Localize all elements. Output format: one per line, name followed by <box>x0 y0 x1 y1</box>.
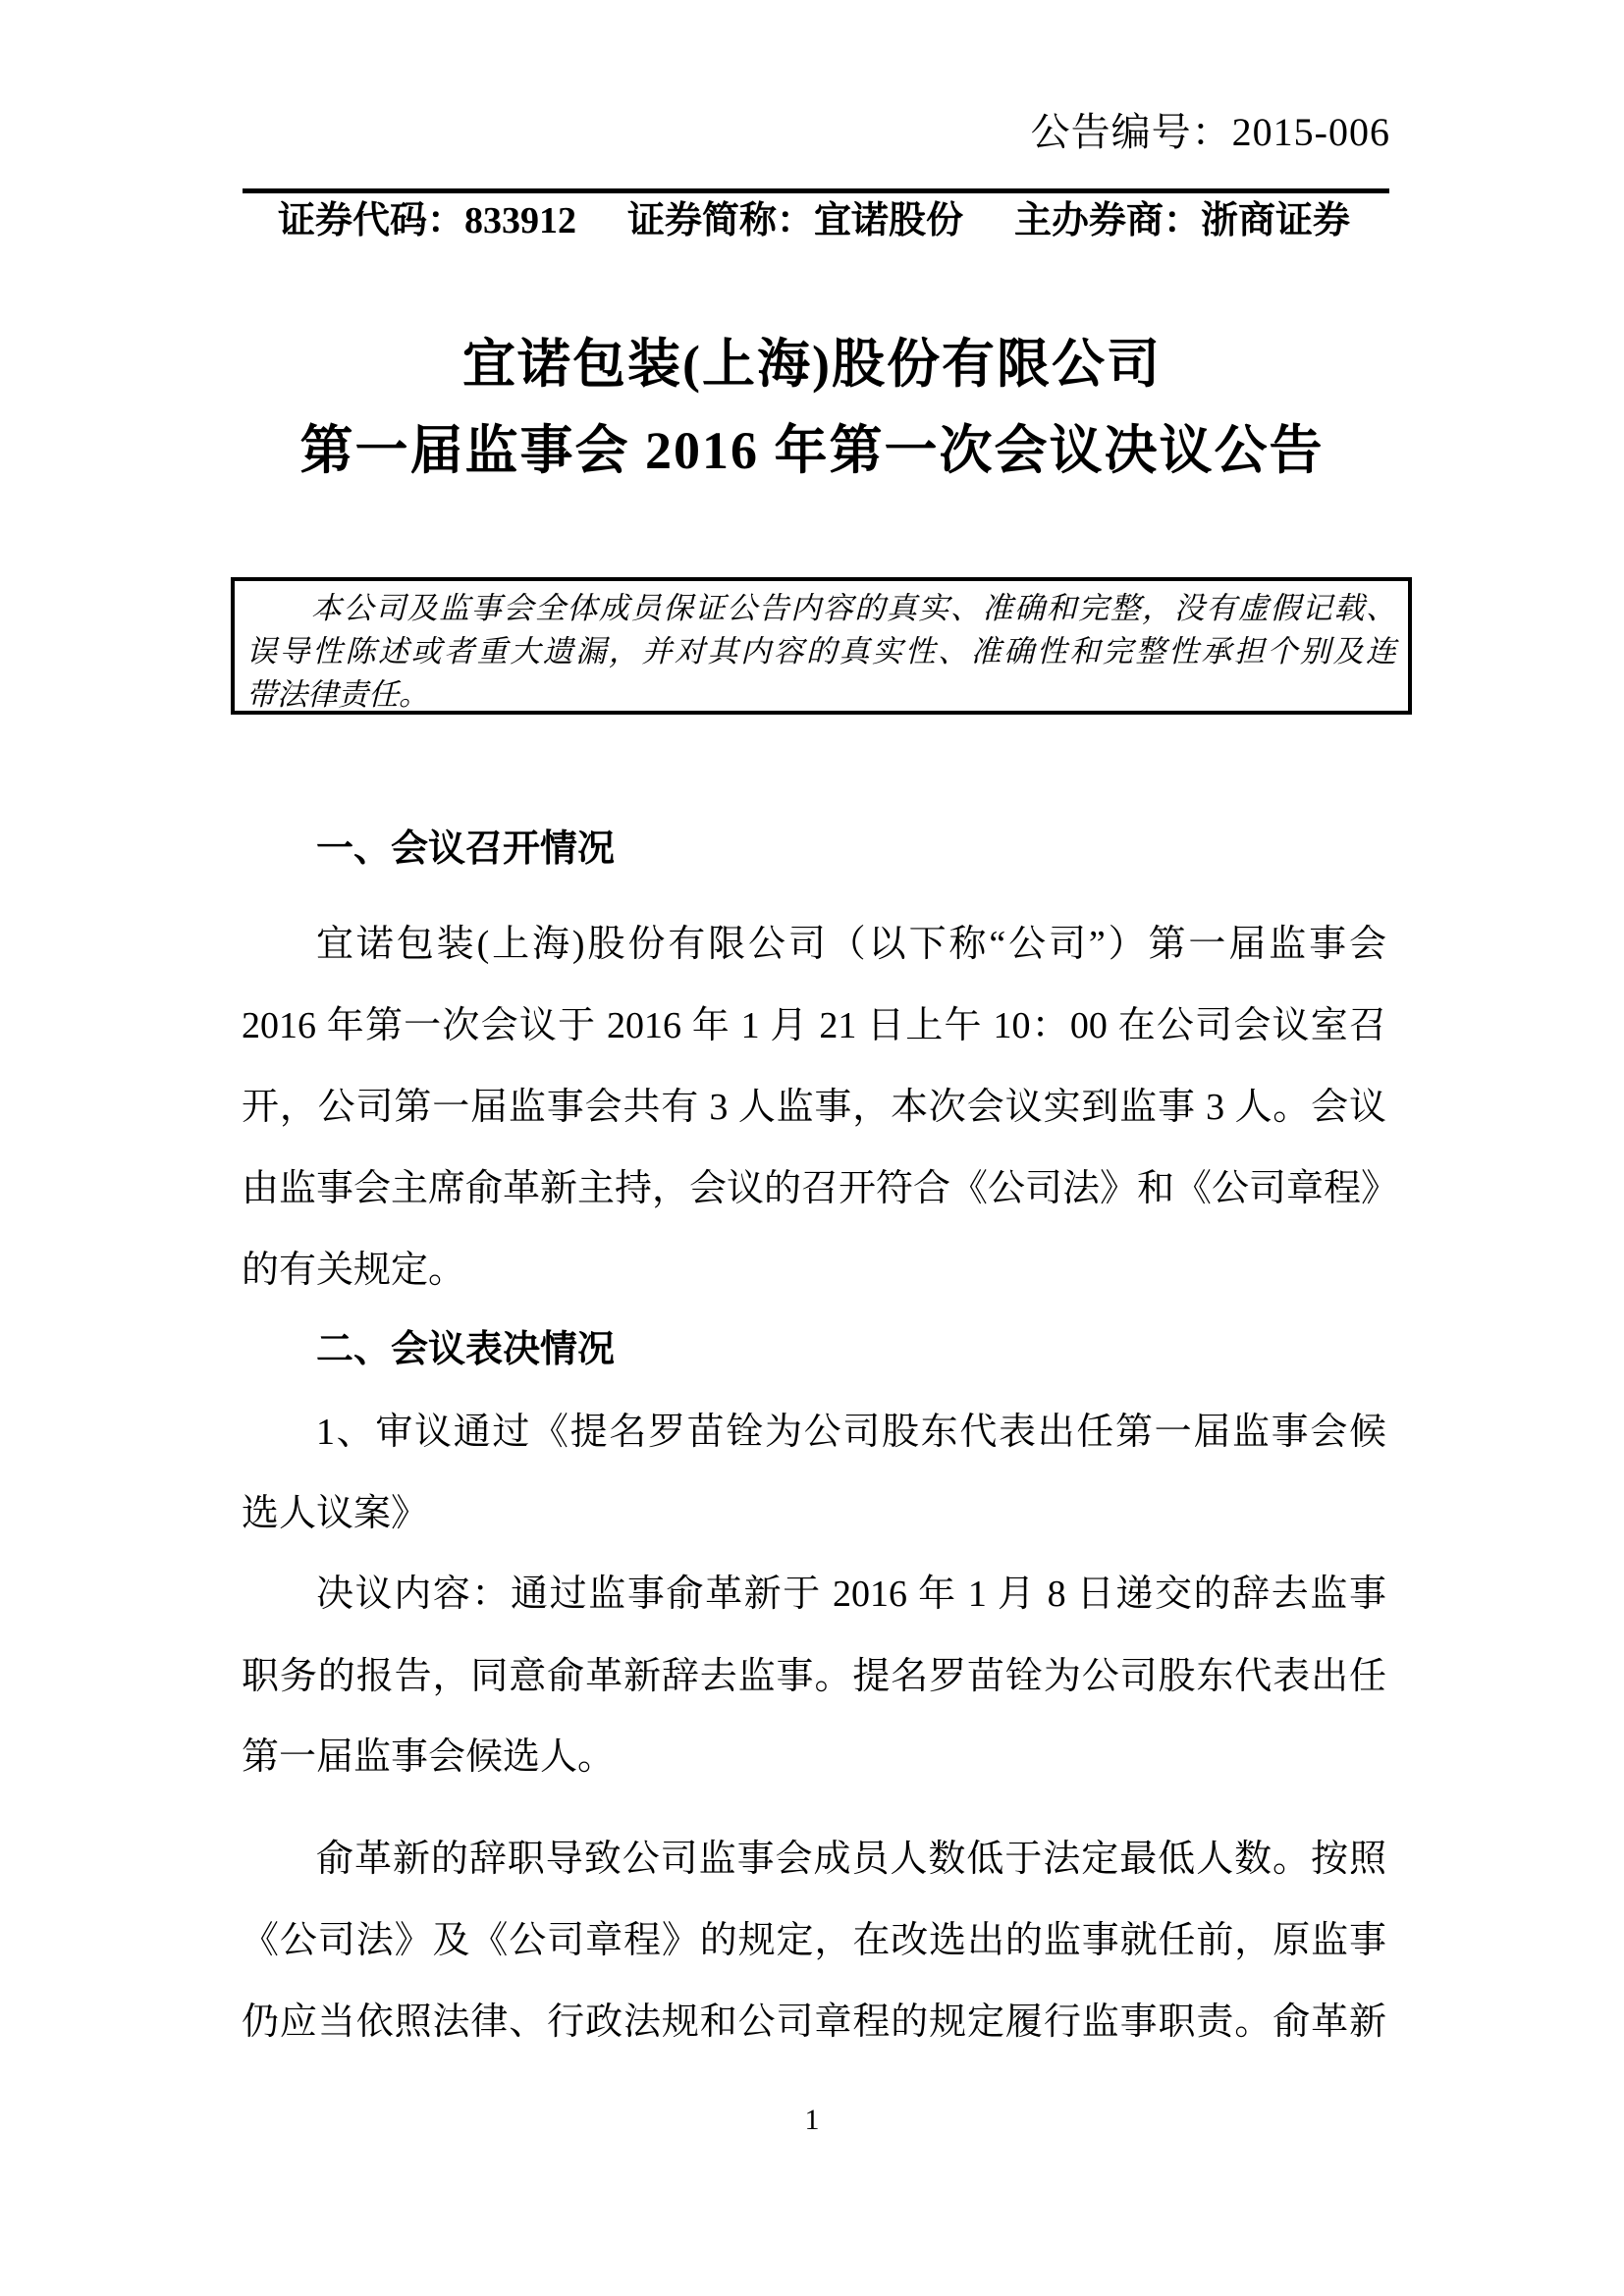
body-line: 开，公司第一届监事会共有 3 人监事，本次会议实到监事 3 人。会议 <box>242 1083 1386 1132</box>
body-line: 1、审议通过《提名罗苗铨为公司股东代表出任第一届监事会候 <box>242 1408 1386 1457</box>
body-line: 仍应当依照法律、行政法规和公司章程的规定履行监事职责。俞革新 <box>242 1998 1386 2047</box>
disclaimer-line: 带法律责任。 <box>246 673 1396 717</box>
body-line: 职务的报告，同意俞革新辞去监事。提名罗苗铨为公司股东代表出任 <box>242 1652 1386 1701</box>
securities-code-label: 证券代码： <box>278 200 464 241</box>
page-number: 1 <box>0 2103 1624 2138</box>
body-line: 2016 年第一次会议于 2016 年 1 月 21 日上午 10：00 在公司… <box>242 1001 1386 1050</box>
sponsor-broker-value: 浙商证券 <box>1201 200 1350 241</box>
document-title-company: 宜诺包装(上海)股份有限公司 <box>0 332 1624 397</box>
document-page: 公告编号：2015-006 证券代码：833912 证券简称：宜诺股份 主办券商… <box>0 0 1624 2296</box>
disclaimer-box: 本公司及监事会全体成员保证公告内容的真实、准确和完整，没有虚假记载、 误导性陈述… <box>231 577 1412 715</box>
disclaimer-line: 本公司及监事会全体成员保证公告内容的真实、准确和完整，没有虚假记载、 <box>246 587 1396 630</box>
document-title-meeting: 第一届监事会 2016 年第一次会议决议公告 <box>0 418 1624 483</box>
body-line: 的有关规定。 <box>242 1246 1386 1295</box>
sponsor-broker: 主办券商：浙商证券 <box>1014 198 1350 243</box>
announcement-number: 公告编号：2015-006 <box>1031 110 1390 155</box>
securities-short-name-label: 证券简称： <box>627 200 814 241</box>
body-line: 选人议案》 <box>242 1489 1386 1538</box>
disclaimer-line: 误导性陈述或者重大遗漏，并对其内容的真实性、准确性和完整性承担个别及连 <box>246 630 1396 673</box>
body-line: 宜诺包装(上海)股份有限公司（以下称“公司”）第一届监事会 <box>242 920 1386 969</box>
body-line: 俞革新的辞职导致公司监事会成员人数低于法定最低人数。按照 <box>242 1835 1386 1884</box>
securities-code-value: 833912 <box>464 200 576 241</box>
body-line: 由监事会主席俞革新主持，会议的召开符合《公司法》和《公司章程》 <box>242 1164 1386 1213</box>
section-heading-2: 二、会议表决情况 <box>242 1325 1386 1374</box>
body-line: 第一届监事会候选人。 <box>242 1733 1386 1782</box>
body-line: 决议内容：通过监事俞革新于 2016 年 1 月 8 日递交的辞去监事 <box>242 1570 1386 1619</box>
securities-code: 证券代码：833912 <box>278 198 576 243</box>
header-divider-rule <box>243 188 1389 193</box>
securities-short-name: 证券简称：宜诺股份 <box>627 198 963 243</box>
section-heading-1: 一、会议召开情况 <box>242 825 1386 874</box>
body-line: 《公司法》及《公司章程》的规定，在改选出的监事就任前，原监事 <box>242 1916 1386 1965</box>
securities-info-row: 证券代码：833912 证券简称：宜诺股份 主办券商：浙商证券 <box>242 198 1386 243</box>
sponsor-broker-label: 主办券商： <box>1014 200 1201 241</box>
securities-short-name-value: 宜诺股份 <box>814 200 963 241</box>
